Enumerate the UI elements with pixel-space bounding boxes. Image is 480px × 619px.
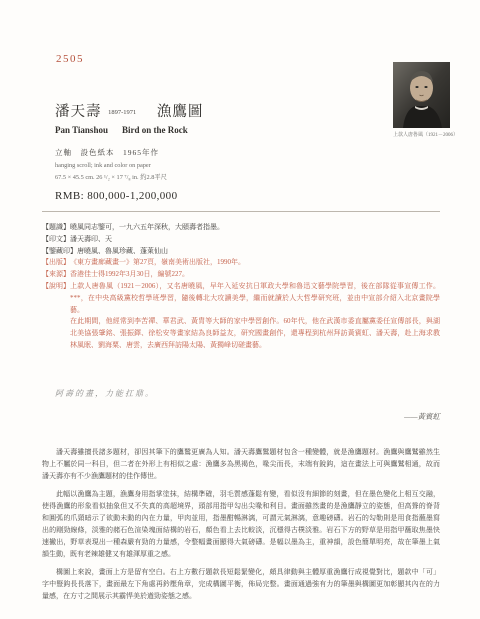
medium-en-line: hanging scroll; ink and color on paper <box>55 162 440 169</box>
medium-line: 立軸 設色紙本 1965年作 <box>55 147 440 158</box>
entry-seals: 【印文】 潘天壽印、天 <box>42 234 440 246</box>
catalog-page: 2505 上款人唐魯風（1921－2006） 潘天壽 <box>0 0 480 619</box>
entry-text: 香港佳士得1992年3月30日，編號227。 <box>70 269 440 281</box>
dimensions-line: 67.5 × 45.5 cm. 26 ¹/₂ × 17 ⁷/₈ in. 約2.8… <box>55 172 440 181</box>
entry-text: 上款人唐魯風（1921－2006），又名唐曉風，早年入延安抗日軍政大學和魯迅文藝… <box>70 281 440 352</box>
entry-label: 【印文】 <box>42 234 70 246</box>
estimate-line: RMB: 800,000-1,200,000 <box>55 190 440 202</box>
entry-label: 【來源】 <box>42 269 70 281</box>
artist-dates: 1897-1971 <box>108 109 136 116</box>
entry-text: 潘天壽印、天 <box>70 234 440 246</box>
divider-rule <box>42 211 440 212</box>
entry-label: 【鑒藏印】 <box>42 246 77 258</box>
quote-text: 阿壽的畫，力能扛鼎。 <box>55 388 440 399</box>
work-title-cn: 漁鷹圖 <box>157 104 204 120</box>
essay-paragraph: 此幅以漁鷹為主題，漁鷹身用指掌塗抹，結構準確，羽毛質感蓬鬆有變，看似沒有細節的刻… <box>42 488 440 560</box>
artist-name-en: Pan Tianshou <box>55 125 108 135</box>
entry-note: 【說明】 上款人唐魯風（1921－2006），又名唐曉風，早年入延安抗日軍政大學… <box>42 281 440 352</box>
title-en: Pan TianshouBird on the Rock <box>55 125 440 135</box>
catalog-entries: 【題識】 曉風同志鑒可，一九六五年深秋，大頤壽者指墨。 【印文】 潘天壽印、天 … <box>42 222 440 352</box>
entry-inscription: 【題識】 曉風同志鑒可，一九六五年深秋，大頤壽者指墨。 <box>42 222 440 234</box>
details-block: 立軸 設色紙本 1965年作 hanging scroll; ink and c… <box>55 147 440 202</box>
title-block: 潘天壽 1897-1971 漁鷹圖 Pan TianshouBird on th… <box>55 100 440 135</box>
quote-attribution: ——黃賓虹 <box>42 411 440 422</box>
note-paragraph: 在此期間，他經常到李苦禪、華君武、黃胄等大師的家中學習創作。60年代，他在武漢市… <box>70 316 440 351</box>
essay-block: 潘天壽雖擅長諸多題材，卻因其筆下的鷹鷲更廣為人知。潘天壽鷹鷲題材包含一種變體，就… <box>42 446 440 602</box>
title-cn: 潘天壽 1897-1971 漁鷹圖 <box>55 100 440 121</box>
entry-text: 曉風同志鑒可，一九六五年深秋，大頤壽者指墨。 <box>70 222 440 234</box>
entry-text: 《東方畫廊藏畫一》第27頁，嶺南美術出版社，1990年。 <box>70 257 440 269</box>
work-title-en: Bird on the Rock <box>122 125 188 135</box>
note-paragraph: 上款人唐魯風（1921－2006），又名唐曉風，早年入延安抗日軍政大學和魯迅文藝… <box>70 281 440 316</box>
essay-paragraph: 潘天壽雖擅長諸多題材，卻因其筆下的鷹鷲更廣為人知。潘天壽鷹鷲題材包含一種變體，就… <box>42 446 440 482</box>
lot-number: 2505 <box>56 53 84 65</box>
content-column: 潘天壽 1897-1971 漁鷹圖 Pan TianshouBird on th… <box>42 100 440 608</box>
entry-label: 【說明】 <box>42 281 70 352</box>
entry-literature: 【出版】 《東方畫廊藏畫一》第27頁，嶺南美術出版社，1990年。 <box>42 257 440 269</box>
essay-paragraph: 構圖上來說，畫面上方是留有空白。右上方數行題款長短鬆緊變化，頗具律動與主體厚重漁… <box>42 566 440 602</box>
artist-name-cn: 潘天壽 <box>55 104 102 120</box>
entry-label: 【題識】 <box>42 222 70 234</box>
entry-collector-seals: 【鑒藏印】 唐曉風、魯風珍藏、蓬萊仙山 <box>42 246 440 258</box>
entry-provenance: 【來源】 香港佳士得1992年3月30日，編號227。 <box>42 269 440 281</box>
entry-label: 【出版】 <box>42 257 70 269</box>
entry-text: 唐曉風、魯風珍藏、蓬萊仙山 <box>77 246 440 258</box>
